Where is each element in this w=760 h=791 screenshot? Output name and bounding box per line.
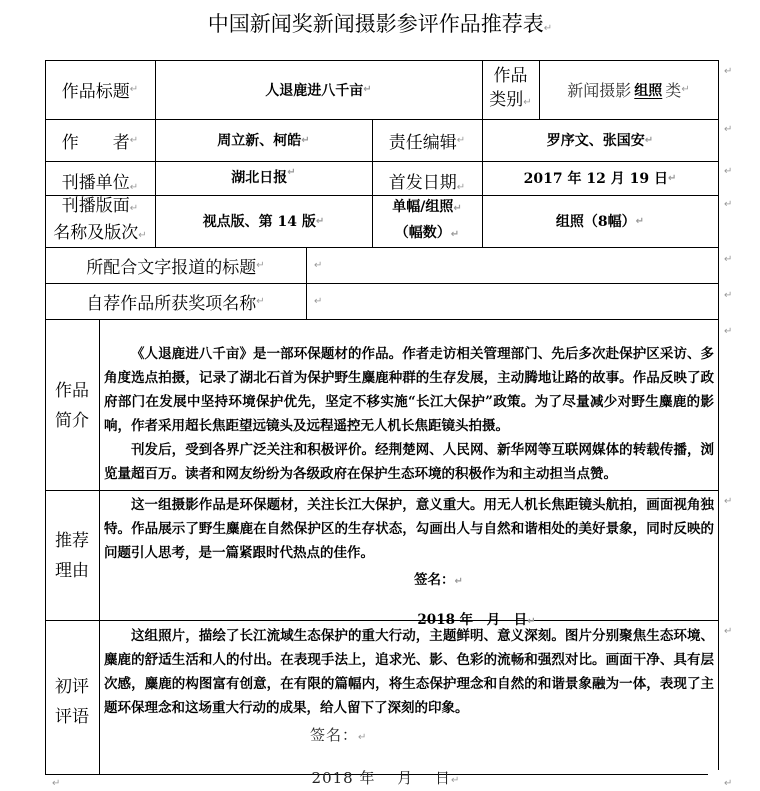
paragraph-mark-icon: ↵ xyxy=(130,135,138,146)
publisher-value-text: 湖北日报 xyxy=(231,167,287,187)
review-label-line1: 初评 xyxy=(52,672,92,702)
single-group-label-line2: （幅数） xyxy=(395,225,451,241)
col-divider xyxy=(99,319,100,774)
page-label-line1: 刊播版面 xyxy=(62,196,130,216)
recommendation-date[interactable]: 2018 年 月 日↵ xyxy=(408,592,536,628)
page-label-line2: 名称及版次 xyxy=(53,223,138,243)
publisher-label: 刊播单位↵ xyxy=(45,161,155,195)
author-value-text: 周立新、柯皓 xyxy=(217,130,301,150)
table-border-right xyxy=(718,60,719,770)
paragraph-mark-icon: ↵ xyxy=(645,135,653,146)
document-title: 中国新闻奖新闻摄影参评作品推荐表↵ xyxy=(0,8,760,38)
work-title-value[interactable]: 人退鹿进八千亩↵ xyxy=(155,60,482,119)
editor-label: 责任编辑↵ xyxy=(372,119,482,161)
paragraph-mark-icon: ↵ xyxy=(314,296,322,307)
review-label-line2: 评语 xyxy=(52,702,92,732)
recommendation-label: 推荐 理由 xyxy=(52,526,92,586)
publisher-label-text: 刊播单位 xyxy=(62,168,130,193)
category-label: 作品 类别↵ xyxy=(482,60,539,119)
paragraph-mark-icon: ↵ xyxy=(457,135,465,146)
paragraph-mark-icon: ↵ xyxy=(52,778,60,789)
text-report-title-label: 所配合文字报道的标题↵ xyxy=(45,247,306,283)
paragraph-mark-icon: ↵ xyxy=(724,66,732,77)
editor-value[interactable]: 罗序文、张国安↵ xyxy=(482,119,718,161)
paragraph-mark-icon: ↵ xyxy=(724,124,732,135)
paragraph-mark-icon: ↵ xyxy=(256,296,264,307)
paragraph-mark-icon: ↵ xyxy=(455,576,463,587)
paragraph-mark-icon: ↵ xyxy=(358,732,367,743)
paragraph-mark-icon: ↵ xyxy=(724,626,732,637)
summary-label-line2: 简介 xyxy=(55,411,89,431)
publisher-value[interactable]: 湖北日报↵ xyxy=(155,161,372,195)
publish-date-value-text: 2017 年 12 月 19 日 xyxy=(524,168,668,188)
review-date-text: 2018 年 月 日 xyxy=(312,769,451,787)
paragraph-mark-icon: ↵ xyxy=(287,167,295,178)
author-label-text: 作 者 xyxy=(62,128,130,153)
paragraph-mark-icon: ↵ xyxy=(314,260,322,271)
category-suffix: 类 xyxy=(665,78,681,101)
category-label-line2: 类别 xyxy=(489,90,523,110)
paragraph-mark-icon: ↵ xyxy=(724,778,732,789)
recommendation-paragraph: 这一组摄影作品是环保题材，关注长江大保护，意义重大。用无人机长焦距镜头航拍，画面… xyxy=(104,493,714,565)
recommendation-signature-label: 签名： xyxy=(414,572,455,588)
review-signature[interactable]: 签名：↵ xyxy=(310,724,367,745)
publish-date-label: 首发日期↵ xyxy=(372,161,482,195)
row-divider xyxy=(45,620,718,621)
recommendation-text[interactable]: 这一组摄影作品是环保题材，关注长江大保护，意义重大。用无人机长焦距镜头航拍，画面… xyxy=(104,493,714,565)
text-report-title-value[interactable]: ↵ xyxy=(306,247,718,283)
single-group-value[interactable]: 组照（8幅）↵ xyxy=(482,195,718,247)
single-group-label-line1: 单幅/组照 xyxy=(392,199,453,215)
single-group-label: 单幅/组照↵ （幅数）↵ xyxy=(372,195,482,247)
category-value[interactable]: 新闻摄影 组照 类↵ xyxy=(539,60,718,119)
review-date[interactable]: 2018 年 月 日↵ xyxy=(300,749,460,788)
summary-paragraph-2: 刊发后，受到各界广泛关注和积极评价。经荆楚网、人民网、新华网等互联网媒体的转载传… xyxy=(104,438,714,486)
review-signature-label: 签名： xyxy=(310,726,358,744)
review-paragraph: 这组照片，描绘了长江流域生态保护的重大行动，主题鲜明、意义深刻。图片分别聚焦生态… xyxy=(104,624,714,720)
paragraph-mark-icon: ↵ xyxy=(724,326,732,337)
review-label: 初评 评语 xyxy=(52,672,92,732)
paragraph-mark-icon: ↵ xyxy=(301,135,309,146)
paragraph-mark-icon: ↵ xyxy=(138,230,146,241)
summary-paragraph-1: 《人退鹿进八千亩》是一部环保题材的作品。作者走访相关管理部门、先后多次赴保护区采… xyxy=(104,342,714,438)
row-divider xyxy=(45,490,718,491)
paragraph-mark-icon: ↵ xyxy=(256,260,264,271)
recommendation-signature[interactable]: 签名：↵ xyxy=(414,568,463,588)
category-prefix: 新闻摄影 xyxy=(567,78,631,101)
review-text[interactable]: 这组照片，描绘了长江流域生态保护的重大行动，主题鲜明、意义深刻。图片分别聚焦生态… xyxy=(104,624,714,720)
paragraph-mark-icon: ↵ xyxy=(451,775,460,786)
publish-date-value[interactable]: 2017 年 12 月 19 日↵ xyxy=(482,161,718,195)
summary-label: 作品 简介 xyxy=(52,376,92,436)
work-title-value-text: 人退鹿进八千亩 xyxy=(265,80,363,100)
awards-label-text: 自荐作品所获奖项名称 xyxy=(86,289,256,314)
paragraph-mark-icon: ↵ xyxy=(724,199,732,210)
row-divider xyxy=(45,319,718,320)
paragraph-mark-icon: ↵ xyxy=(681,84,689,95)
paragraph-mark-icon: ↵ xyxy=(724,166,732,177)
paragraph-mark-icon: ↵ xyxy=(724,496,732,507)
recommendation-label-line2: 理由 xyxy=(52,556,92,586)
page-value-text: 视点版、第 14 版 xyxy=(203,211,316,231)
paragraph-mark-icon: ↵ xyxy=(451,229,459,240)
paragraph-mark-icon: ↵ xyxy=(457,182,465,193)
paragraph-mark-icon: ↵ xyxy=(724,254,732,265)
editor-label-text: 责任编辑 xyxy=(389,128,457,153)
paragraph-mark-icon: ↵ xyxy=(316,216,324,227)
work-title-label-text: 作品标题 xyxy=(62,77,130,102)
summary-label-line1: 作品 xyxy=(52,376,92,406)
editor-value-text: 罗序文、张国安 xyxy=(547,130,645,150)
paragraph-mark-icon: ↵ xyxy=(363,84,371,95)
paragraph-mark-icon: ↵ xyxy=(130,182,138,193)
paragraph-mark-icon: ↵ xyxy=(130,84,138,95)
author-value[interactable]: 周立新、柯皓↵ xyxy=(155,119,372,161)
document-title-text: 中国新闻奖新闻摄影参评作品推荐表 xyxy=(208,12,544,36)
page-label: 刊播版面↵ 名称及版次↵ xyxy=(45,195,155,247)
single-group-value-text: 组照（8幅） xyxy=(556,211,636,231)
paragraph-mark-icon: ↵ xyxy=(453,203,461,214)
awards-value[interactable]: ↵ xyxy=(306,283,718,319)
work-title-label: 作品标题↵ xyxy=(45,60,155,119)
paragraph-mark-icon: ↵ xyxy=(130,203,138,214)
paragraph-mark-icon: ↵ xyxy=(523,97,531,108)
page-value[interactable]: 视点版、第 14 版↵ xyxy=(155,195,372,247)
paragraph-mark-icon: ↵ xyxy=(636,216,644,227)
awards-label: 自荐作品所获奖项名称↵ xyxy=(45,283,306,319)
publish-date-label-text: 首发日期 xyxy=(389,168,457,193)
recommendation-label-line1: 推荐 xyxy=(52,526,92,556)
paragraph-mark-icon: ↵ xyxy=(668,173,676,184)
summary-text[interactable]: 《人退鹿进八千亩》是一部环保题材的作品。作者走访相关管理部门、先后多次赴保护区采… xyxy=(104,342,714,486)
category-value-text: 组照 xyxy=(631,80,665,100)
category-label-line1: 作品 xyxy=(494,64,528,88)
paragraph-mark-icon: ↵ xyxy=(724,290,732,301)
author-label: 作 者↵ xyxy=(45,119,155,161)
paragraph-mark-icon: ↵ xyxy=(544,23,552,34)
text-report-title-label-text: 所配合文字报道的标题 xyxy=(86,253,256,278)
